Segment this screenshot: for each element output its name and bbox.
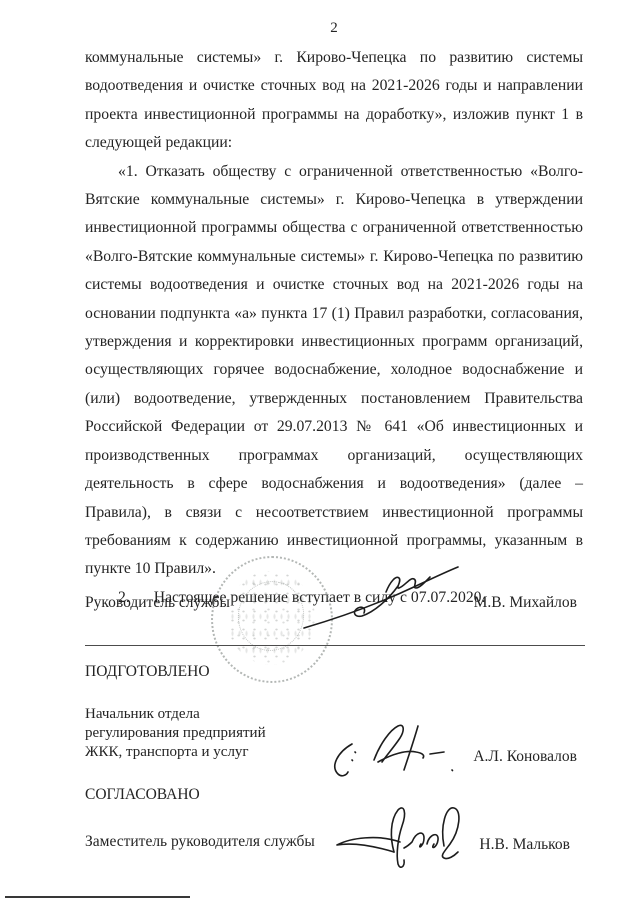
prepared-title-line: Начальник отдела [85, 705, 266, 724]
head-signature-icon [298, 562, 463, 637]
agreed-name: Н.В. Мальков [479, 836, 570, 854]
paragraph: коммунальные системы» г. Кирово-Чепецка … [85, 44, 583, 158]
agreed-signature-icon [332, 798, 467, 878]
agreed-title: Заместитель руководителя службы [85, 833, 315, 851]
prepared-heading: ПОДГОТОВЛЕНО [85, 663, 210, 681]
head-name: М.В. Михайлов [474, 594, 577, 612]
paragraph: «1. Отказать обществу с ограниченной отв… [85, 158, 583, 584]
footnote-rule [5, 896, 190, 898]
signature-divider-line [85, 645, 585, 646]
prepared-signature-icon [322, 708, 457, 786]
prepared-title-line: ЖКК, транспорта и услуг [85, 743, 266, 762]
head-title: Руководитель службы [85, 594, 230, 612]
prepared-title-line: регулирования предприятий [85, 724, 266, 743]
prepared-title: Начальник отдела регулирования предприят… [85, 705, 266, 762]
document-body: коммунальные системы» г. Кирово-Чепецка … [85, 44, 583, 612]
prepared-name: А.Л. Коновалов [473, 748, 577, 766]
document-page: 2 коммунальные системы» г. Кирово-Чепецк… [0, 0, 640, 905]
page-number: 2 [85, 20, 583, 37]
agreed-heading: СОГЛАСОВАНО [85, 786, 200, 804]
